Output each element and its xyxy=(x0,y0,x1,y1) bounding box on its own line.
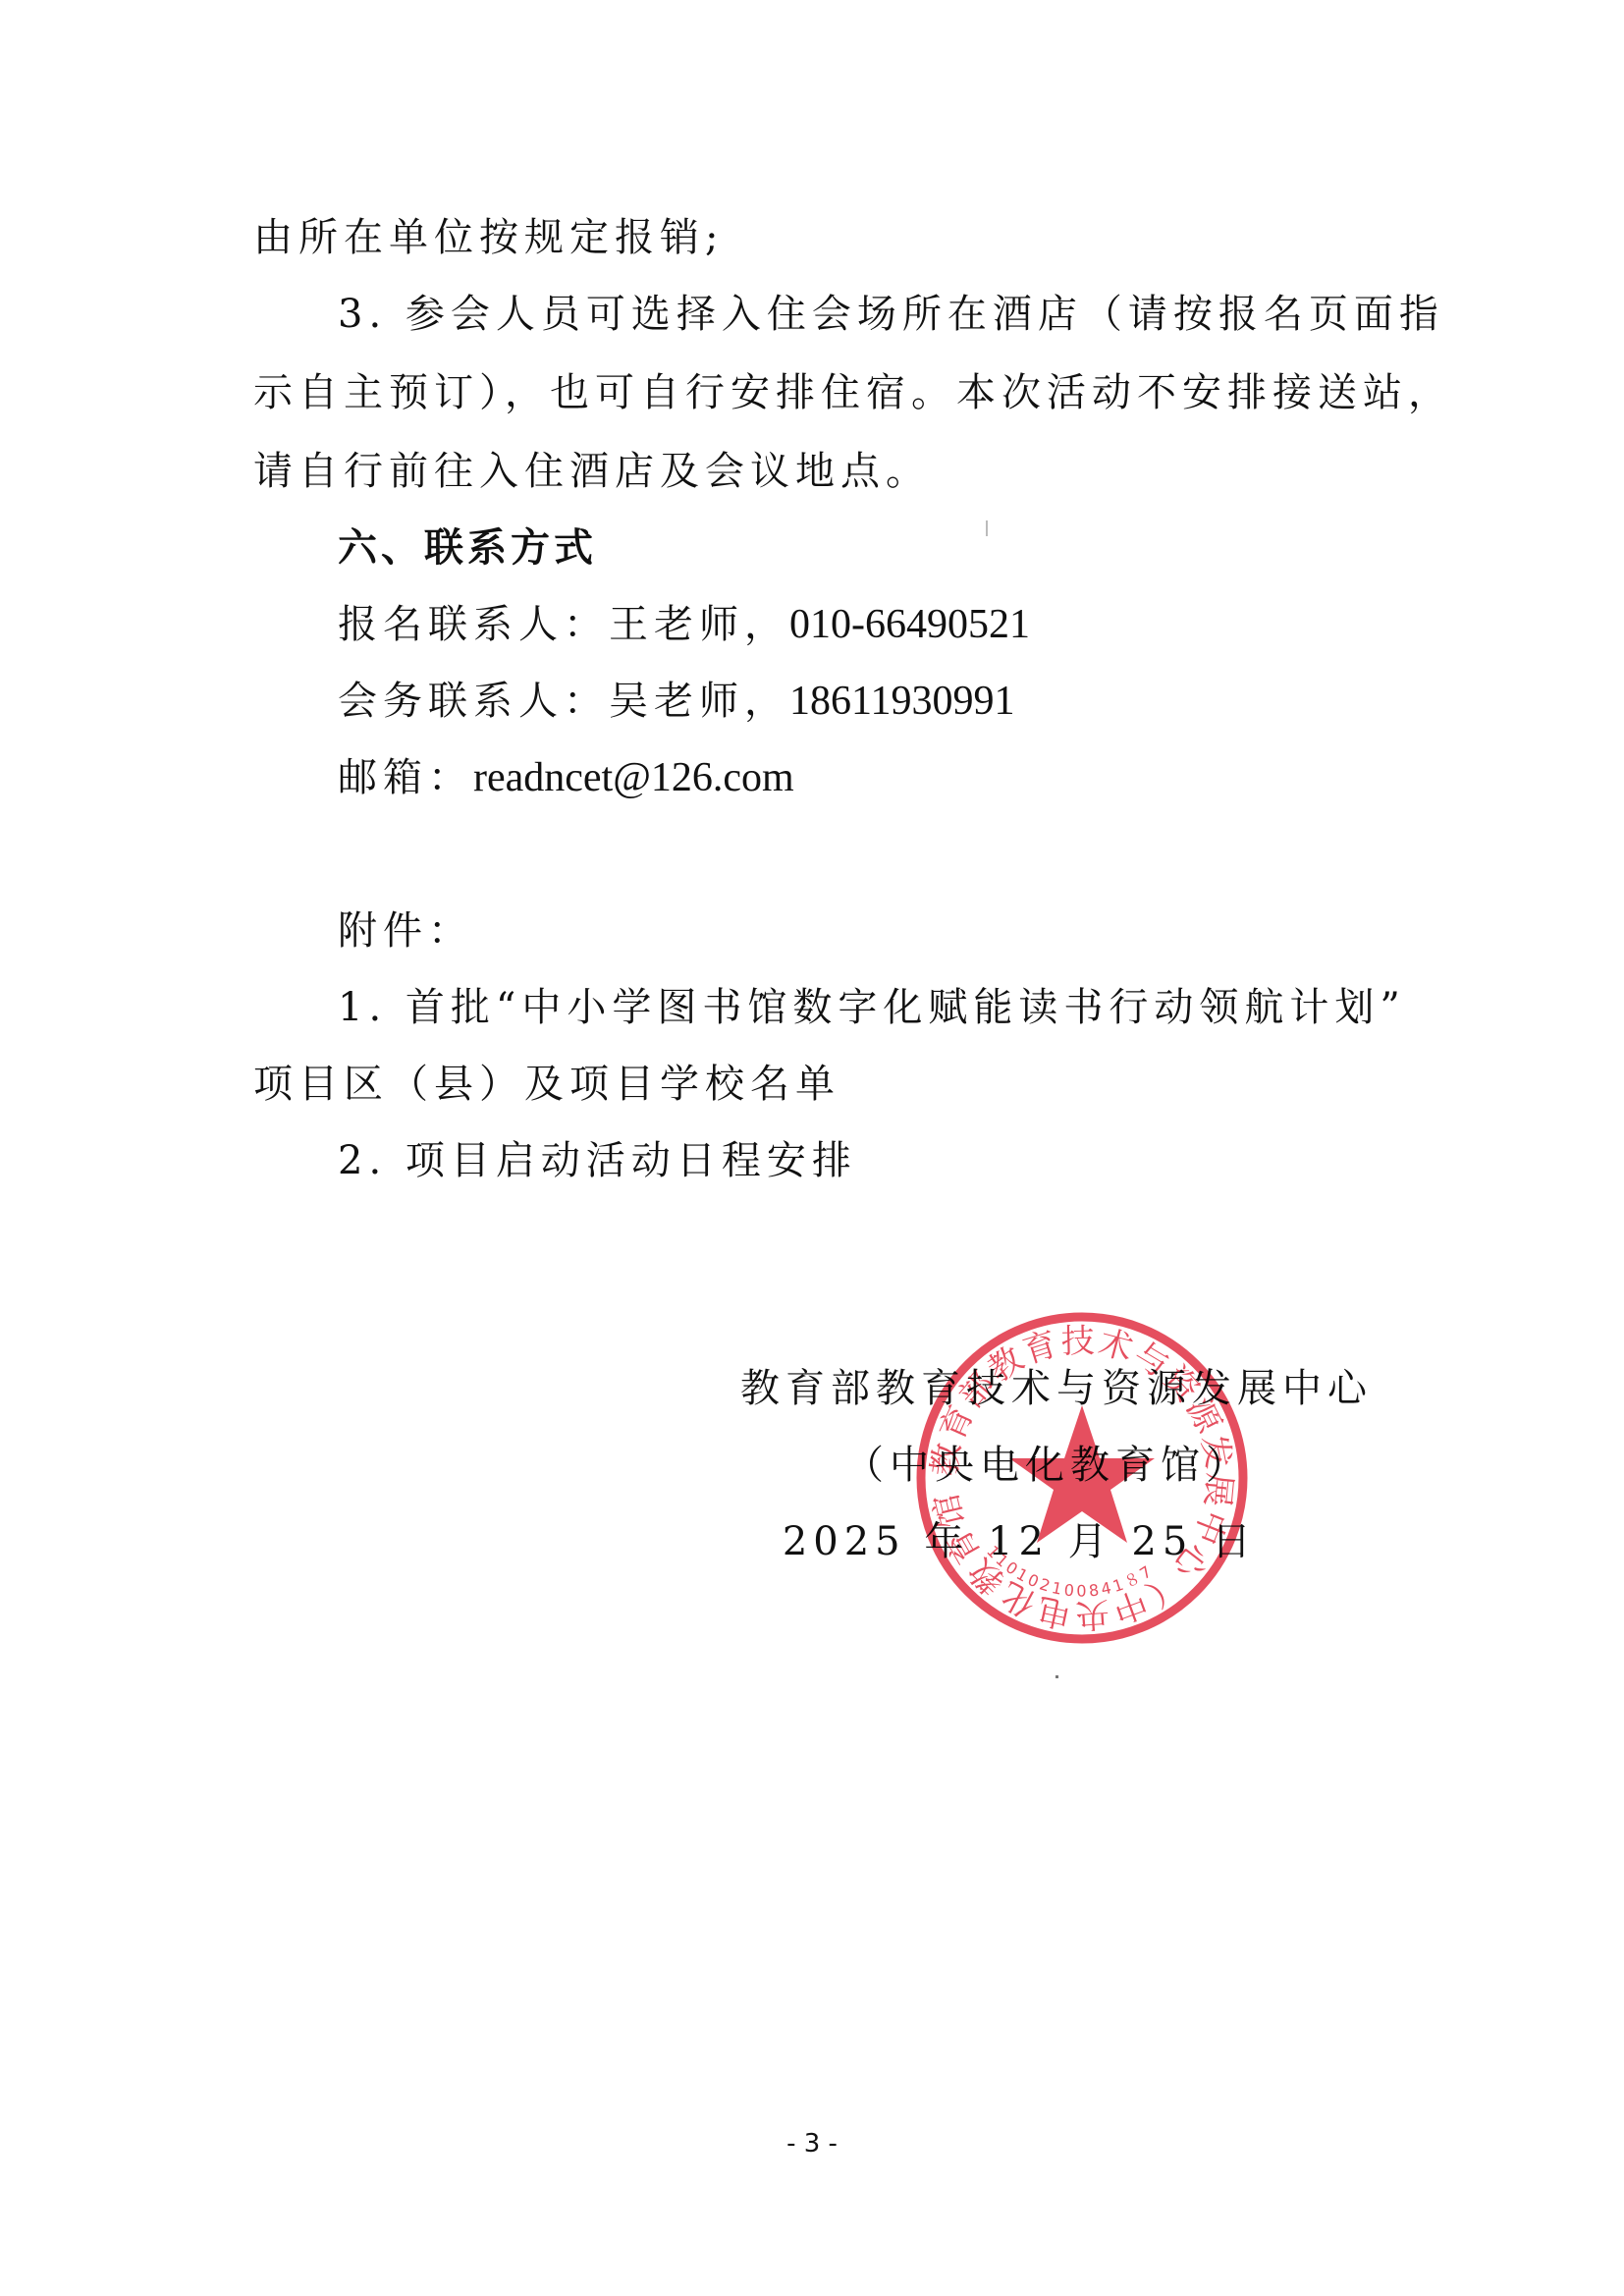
scan-mark xyxy=(1056,1675,1058,1678)
attachment-1-line-1: 1. 首批“中小学图书馆数字化赋能读书行动领航计划” xyxy=(338,984,1406,1031)
attachment-1-line-2: 项目区（县）及项目学校名单 xyxy=(253,1061,840,1108)
email-label: 邮箱： xyxy=(338,755,473,800)
seal-star-icon: 教育部教育技术与资源发展中心（中央电化教育馆） 110102100841８7 xyxy=(913,1309,1251,1647)
contact-heading: 六、联系方式 xyxy=(338,524,597,572)
body-paragraph-continuation: 由所在单位按规定报销; xyxy=(253,214,724,261)
body-item-3-line-2: 示自主预订），也可自行安排住宿。本次活动不安排接送站， xyxy=(253,369,1453,416)
registration-contact: 报名联系人：王老师，010-66490521 xyxy=(338,601,1030,648)
official-seal: 教育部教育技术与资源发展中心（中央电化教育馆） 110102100841８7 xyxy=(913,1309,1251,1647)
body-item-3-line-3: 请自行前往入住酒店及会议地点。 xyxy=(253,448,931,495)
email-contact: 邮箱：readncet@126.com xyxy=(338,754,794,801)
conference-contact-label: 会务联系人：吴老师， xyxy=(338,679,789,724)
scan-mark xyxy=(986,520,988,536)
body-item-3-line-1: 3. 参会人员可选择入住会场所在酒店（请按报名页面指 xyxy=(338,291,1444,338)
conference-phone: 18611930991 xyxy=(789,679,1014,724)
attachments-label: 附件： xyxy=(338,907,473,955)
conference-contact: 会务联系人：吴老师，18611930991 xyxy=(338,678,1014,725)
page-number: - 3 - xyxy=(0,2129,1624,2159)
email-link[interactable]: readncet@126.com xyxy=(473,755,794,800)
document-page: 由所在单位按规定报销; 3. 参会人员可选择入住会场所在酒店（请按报名页面指 示… xyxy=(0,0,1624,2296)
registration-contact-label: 报名联系人：王老师， xyxy=(338,602,789,647)
registration-phone: 010-66490521 xyxy=(789,602,1030,647)
attachment-2: 2. 项目启动活动日程安排 xyxy=(338,1137,857,1184)
